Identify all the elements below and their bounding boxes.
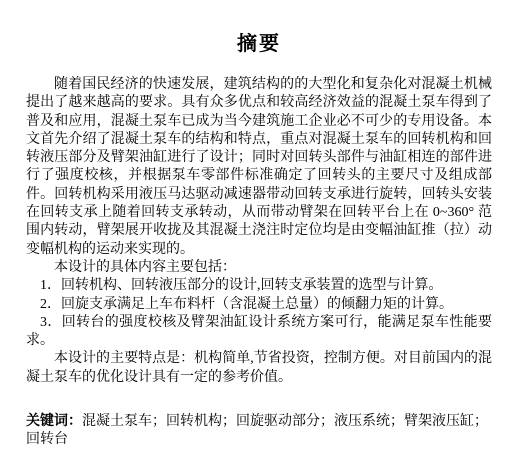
list-item-3: 3．回转台的强度校核及臂架油缸设计系统方案可行，能满足泵车性能要求。 <box>26 314 492 351</box>
abstract-paragraph-1: 随着国民经济的快速发展，建筑结构的的大型化和复杂化对混凝土机械提出了越来越高的要… <box>26 76 492 259</box>
list-item-2: 2．回旋支承满足上车布料杆（含混凝土总量）的倾翻力矩的计算。 <box>26 296 492 314</box>
keywords-text: 混凝土泵车；回转机构；回旋驱动部分；液压系统；臂架液压缸；回转台 <box>26 414 488 447</box>
keywords-line: 关键词：混凝土泵车；回转机构；回旋驱动部分；液压系统；臂架液压缸；回转台 <box>26 413 492 450</box>
abstract-body: 随着国民经济的快速发展，建筑结构的的大型化和复杂化对混凝土机械提出了越来越高的要… <box>26 76 492 450</box>
list-item-1: 1．回转机构、回转液压部分的设计,回转支承装置的选型与计算。 <box>26 277 492 295</box>
keywords-label: 关键词： <box>26 414 82 429</box>
abstract-paragraph-2: 本设计的具体内容主要包括： <box>26 259 492 277</box>
closing-paragraph: 本设计的主要特点是：机构简单,节省投资，控制方便。对目前国内的混凝土泵车的优化设… <box>26 350 492 387</box>
page-title: 摘要 <box>26 32 492 56</box>
document-page: 摘要 随着国民经济的快速发展，建筑结构的的大型化和复杂化对混凝土机械提出了越来越… <box>0 0 521 471</box>
